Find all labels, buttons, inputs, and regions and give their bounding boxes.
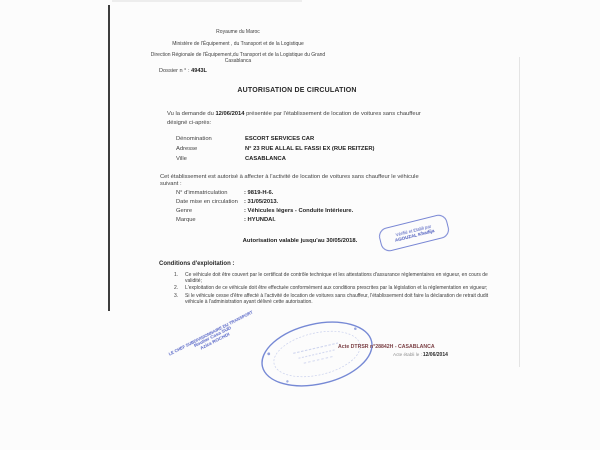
condition-item: 3. Si le véhicule cesse d'être affecté à… (174, 294, 498, 306)
acte-reference-line: Acte DTRSR n°28842H - CASABLANCA (338, 344, 435, 350)
condition-item: 2. L'exploitation de ce véhicule doit êt… (174, 286, 498, 292)
vehicle-fields: N° d'immatriculation : 9819-H-6. Date mi… (176, 190, 353, 226)
field-label: Adresse (176, 146, 245, 152)
establishment-fields: Dénomination ESCORT SERVICES CAR Adresse… (176, 136, 374, 165)
field-value: : 31/05/2013. (244, 199, 278, 205)
field-value: ESCORT SERVICES CAR (245, 136, 314, 142)
dossier-number: 4943L (191, 68, 207, 74)
field-value: : Véhicules légers - Conduite Intérieure… (244, 208, 353, 214)
condition-text: L'exploitation de ce véhicule doit être … (185, 286, 487, 292)
field-label: Ville (176, 156, 245, 162)
dossier-line: Dossier n ° : 4943L (159, 68, 207, 74)
field-label: N° d'immatriculation (176, 190, 244, 196)
field-row-genre: Genre : Véhicules légers - Conduite Inté… (176, 208, 353, 217)
kingdom-line: Royaume du Maroc (110, 29, 366, 35)
dossier-label: Dossier n ° : (159, 68, 191, 74)
condition-item: 1. Ce véhicule doit être couvert par le … (174, 273, 498, 285)
ministry-line: Ministère de l'Équipement , du Transport… (110, 41, 366, 47)
scanned-document-page: Royaume du Maroc Ministère de l'Équipeme… (0, 0, 600, 450)
scan-noise-top (112, 0, 302, 2)
oval-official-stamp (256, 316, 378, 392)
field-label: Genre (176, 208, 244, 214)
direction-city-line: Casablanca (110, 58, 366, 64)
vehicle-intro-line2: suivant : (160, 181, 182, 187)
chief-stamp-line3: Aziza ROCHDI (168, 316, 263, 368)
conditions-list: 1. Ce véhicule doit être couvert par le … (174, 273, 498, 307)
field-row-marque: Marque : HYUNDAI. (176, 217, 353, 226)
field-value: N° 23 RUE ALLAL EL FASSI EX (RUE REITZER… (245, 146, 374, 152)
verified-stamp: Vérifié et Etabli par AGOUZAL Khadija (377, 213, 451, 253)
vehicle-intro-paragraph: Cet établissement est autorisé à affecte… (160, 174, 496, 188)
field-row-denomination: Dénomination ESCORT SERVICES CAR (176, 136, 374, 146)
condition-number: 3. (174, 294, 185, 306)
condition-text: Si le véhicule cesse d'être affecté à l'… (185, 294, 498, 306)
field-label: Dénomination (176, 136, 245, 142)
field-value: : 9819-H-6. (244, 190, 273, 196)
intro-paragraph: Vu la demande du 12/06/2014 présentée pa… (167, 110, 479, 128)
condition-number: 1. (174, 273, 185, 285)
validity-line: Autorisation valable jusqu'au 30/05/2018… (200, 238, 400, 244)
field-row-date-circulation: Date mise en circulation : 31/05/2013. (176, 199, 353, 208)
vehicle-intro-line1: Cet établissement est autorisé à affecte… (160, 174, 419, 180)
field-row-adresse: Adresse N° 23 RUE ALLAL EL FASSI EX (RUE… (176, 146, 374, 156)
field-value: CASABLANCA (245, 156, 286, 162)
condition-text: Ce véhicule doit être couvert par le cer… (185, 273, 498, 285)
acte-date-line: Acte établi le :12/06/2014 (393, 352, 448, 358)
field-label: Marque (176, 217, 244, 223)
chief-stamp-line1: LE CHEF SUBDIVISIONNAIRE DU TRANSPORT (163, 307, 258, 359)
request-date: 12/06/2014 (215, 111, 244, 117)
intro-post: présentée par l'établissement de locatio… (244, 111, 420, 117)
scan-edge-line-right (519, 57, 520, 367)
intro-pre: Vu la demande du (167, 111, 215, 117)
document-title: AUTORISATION DE CIRCULATION (236, 87, 358, 94)
conditions-title: Conditions d'exploitation : (159, 261, 234, 267)
scan-edge-line-left (108, 5, 110, 311)
field-row-ville: Ville CASABLANCA (176, 156, 374, 166)
condition-number: 2. (174, 286, 185, 292)
field-value: : HYUNDAI. (244, 217, 276, 223)
acte-date-label: Acte établi le : (393, 352, 422, 357)
field-row-immatriculation: N° d'immatriculation : 9819-H-6. (176, 190, 353, 199)
acte-date-value: 12/06/2014 (423, 352, 448, 358)
intro-post2: désigné ci-après: (167, 120, 211, 126)
chief-stamp-line2: Routier Casa SUD (166, 312, 261, 364)
chief-subdivision-stamp: LE CHEF SUBDIVISIONNAIRE DU TRANSPORT Ro… (163, 307, 262, 368)
field-label: Date mise en circulation (176, 199, 244, 205)
